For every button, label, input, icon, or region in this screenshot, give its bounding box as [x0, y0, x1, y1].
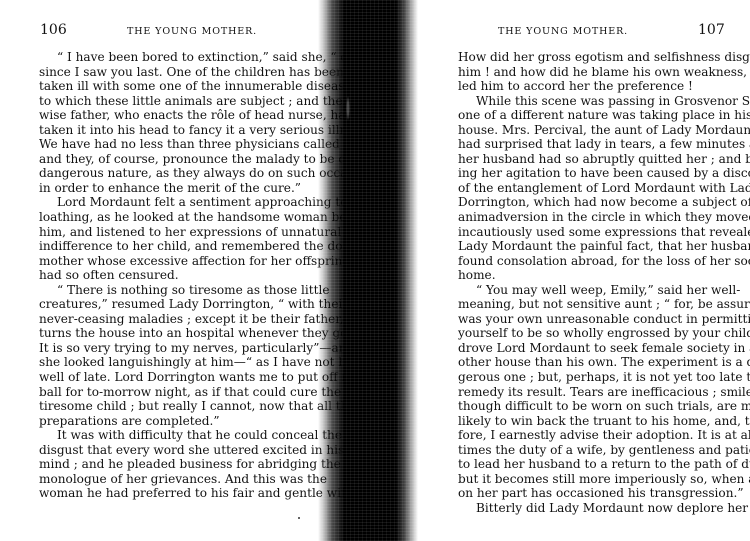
running-head: THE YOUNG MOTHER.: [127, 26, 257, 37]
text-line: We have had no less than three physician…: [39, 137, 306, 152]
text-line: times the duty of a wife, by gentleness …: [458, 443, 726, 458]
text-line: While this scene was passing in Grosveno…: [458, 94, 726, 109]
text-line: since I saw you last. One of the childre…: [39, 65, 306, 80]
page-number: 106: [40, 22, 67, 38]
text-line: preparations are completed.”: [39, 414, 306, 429]
page-number: 107: [698, 22, 725, 38]
text-line: It was with difficulty that he could con…: [39, 428, 306, 443]
text-line: It is so very trying to my nerves, parti…: [39, 341, 306, 356]
text-line: monologue of her grievances. And this wa…: [39, 472, 306, 487]
text-line: loathing, as he looked at the handsome w…: [39, 210, 306, 225]
book-spread: 106 THE YOUNG MOTHER. “ I have been bore…: [0, 0, 750, 541]
text-line: found consolation abroad, for the loss o…: [458, 254, 726, 269]
text-line: to lead her husband to a return to the p…: [458, 457, 726, 472]
text-line: well of late. Lord Dorrington wants me t…: [39, 370, 306, 385]
text-line: meaning, but not sensitive aunt ; “ for,…: [458, 297, 726, 312]
running-head: THE YOUNG MOTHER.: [498, 26, 628, 37]
text-line: mother whose excessive affection for her…: [39, 254, 306, 269]
right-page: 107 THE YOUNG MOTHER. How did her gross …: [410, 0, 750, 541]
text-line: Dorrington, which had now become a subje…: [458, 195, 726, 210]
text-line: creatures,” resumed Lady Dorrington, “ w…: [39, 297, 306, 312]
text-line: her husband had so abruptly quitted her …: [458, 152, 726, 167]
text-line: and they, of course, pronounce the malad…: [39, 152, 306, 167]
text-line: had so often censured.: [39, 268, 306, 283]
scan-noise: [318, 0, 418, 541]
text-line: Lord Mordaunt felt a sentiment approachi…: [39, 195, 306, 210]
text-line: to which these little animals are subjec…: [39, 94, 306, 109]
text-line: likely to win back the truant to his hom…: [458, 414, 726, 429]
text-line: was your own unreasonable conduct in per…: [458, 312, 726, 327]
text-line: him, and listened to her expressions of …: [39, 225, 306, 240]
text-line: incautiously used some expressions that …: [458, 225, 726, 240]
text-line: one of a different nature was taking pla…: [458, 108, 726, 123]
text-line: Lady Mordaunt the painful fact, that her…: [458, 239, 726, 254]
text-line: had surprised that lady in tears, a few …: [458, 137, 726, 152]
text-line: “ I have been bored to extinction,” said…: [39, 50, 306, 65]
text-line: on her part has occasioned his transgres…: [458, 486, 726, 501]
text-line: remedy its result. Tears are inefficacio…: [458, 385, 726, 400]
text-line: “ There is nothing so tiresome as those …: [39, 283, 306, 298]
text-line: indifference to her child, and remembere…: [39, 239, 306, 254]
text-line: led him to accord her the preference !: [458, 79, 726, 94]
scan-speck: [298, 517, 300, 519]
text-line: woman he had preferred to his fair and g…: [39, 486, 306, 501]
text-line: never-ceasing maladies ; except it be th…: [39, 312, 306, 327]
text-line: Bitterly did Lady Mordaunt now deplore h…: [458, 501, 726, 516]
scan-speck: [731, 186, 733, 188]
text-line: taken it into his head to fancy it a ver…: [39, 123, 306, 138]
text-line: though difficult to be worn on such tria…: [458, 399, 726, 414]
text-line: turns the house into an hospital wheneve…: [39, 326, 306, 341]
text-line: she looked languishingly at him—“ as I h…: [39, 355, 306, 370]
text-line: How did her gross egotism and selfishnes…: [458, 50, 726, 65]
left-page: 106 THE YOUNG MOTHER. “ I have been bore…: [0, 0, 325, 541]
text-line: animadversion in the circle in which the…: [458, 210, 726, 225]
text-line: home.: [458, 268, 726, 283]
body-text: “ I have been bored to extinction,” said…: [39, 50, 306, 501]
text-line: taken ill with some one of the innumerab…: [39, 79, 306, 94]
text-line: in order to enhance the merit of the cur…: [39, 181, 306, 196]
text-line: but it becomes still more imperiously so…: [458, 472, 726, 487]
text-line: yourself to be so wholly engrossed by yo…: [458, 326, 726, 341]
text-line: disgust that every word she uttered exci…: [39, 443, 306, 458]
text-line: mind ; and he pleaded business for abrid…: [39, 457, 306, 472]
text-line: house. Mrs. Percival, the aunt of Lady M…: [458, 123, 726, 138]
text-line: dangerous nature, as they always do on s…: [39, 166, 306, 181]
body-text: How did her gross egotism and selfishnes…: [458, 50, 726, 516]
text-line: ball for to-morrow night, as if that cou…: [39, 385, 306, 400]
text-line: tiresome child ; but really I cannot, no…: [39, 399, 306, 414]
text-line: fore, I earnestly advise their adoption.…: [458, 428, 726, 443]
text-line: of the entanglement of Lord Mordaunt wit…: [458, 181, 726, 196]
text-line: ing her agitation to have been caused by…: [458, 166, 726, 181]
book-gutter-shadow: [318, 0, 418, 541]
text-line: wise father, who enacts the rôle of head…: [39, 108, 306, 123]
text-line: other house than his own. The experiment…: [458, 355, 726, 370]
text-line: gerous one ; but, perhaps, it is not yet…: [458, 370, 726, 385]
text-line: drove Lord Mordaunt to seek female socie…: [458, 341, 726, 356]
text-line: “ You may well weep, Emily,” said her we…: [458, 283, 726, 298]
text-line: him ! and how did he blame his own weakn…: [458, 65, 726, 80]
